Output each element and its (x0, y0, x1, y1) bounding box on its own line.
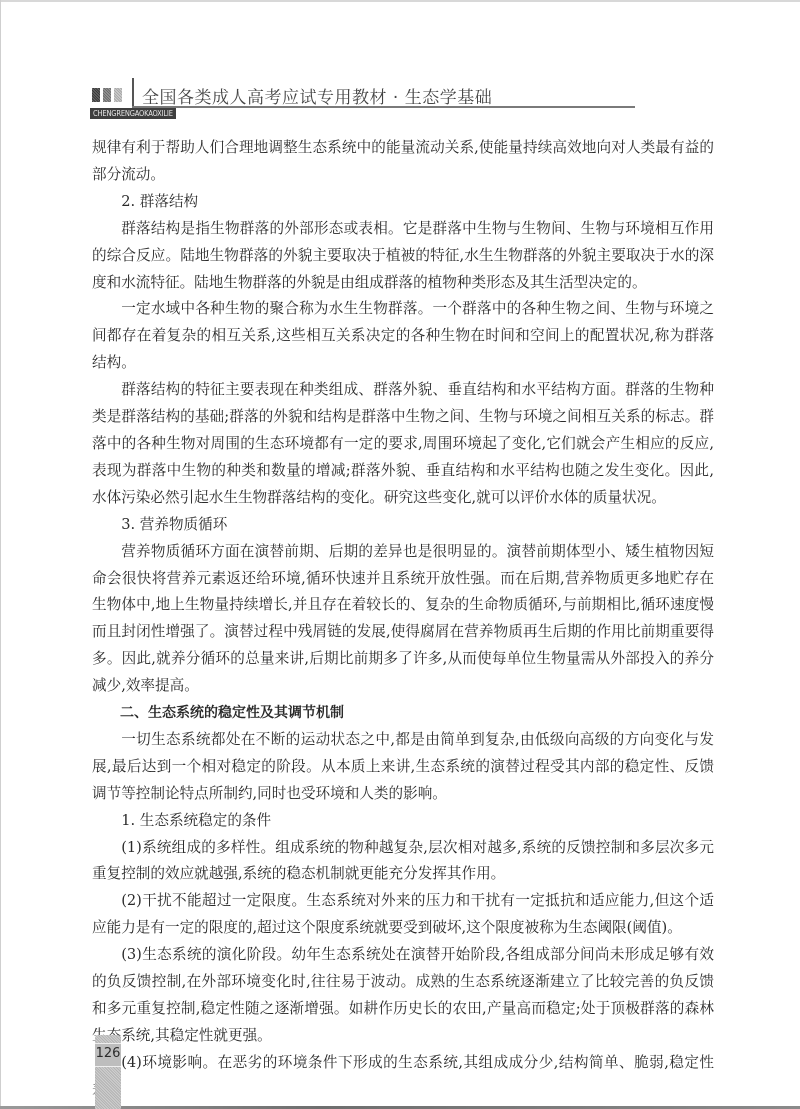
book-title: 全国各类成人高考应试专用教材 · 生态学基础 (142, 83, 492, 108)
page-edge-top (0, 0, 800, 2)
paragraph: 一定水域中各种生物的聚合称为水生生物群落。一个群落中的各种生物之间、生物与环境之… (92, 296, 714, 377)
list-item-evolution-stage: (3)生态系统的演化阶段。幼年生态系统处在演替开始阶段,各组成部分间尚未形成足够… (92, 942, 714, 1050)
list-item-disturbance-limit: (2)干扰不能超过一定限度。生态系统对外来的压力和干扰有一定抵抗和适应能力,但这… (92, 888, 714, 942)
page-number: 126 (95, 1044, 121, 1064)
page-edge-left (0, 0, 1, 1109)
page-number-tab: 126 (95, 1035, 121, 1109)
header-divider (132, 78, 134, 108)
stripe-blocks-icon (92, 88, 122, 102)
paragraph-continued: 规律有利于帮助人们合理地调整生态系统中的能量流动关系,使能量持续高效地向对人类最… (92, 135, 714, 189)
subheading-stability-conditions: 1. 生态系统稳定的条件 (92, 808, 714, 835)
paragraph: 群落结构的特征主要表现在种类组成、群落外貌、垂直结构和水平结构方面。群落的生物种… (92, 377, 714, 512)
series-tag: CHENGRENGAOKAOXILIE (90, 108, 176, 119)
list-item-diversity: (1)系统组成的多样性。组成系统的物种越复杂,层次相对越多,系统的反馈控制和多层… (92, 835, 714, 889)
paragraph: 营养物质循环方面在演替前期、后期的差异也是很明显的。演替前期体型小、矮生植物因短… (92, 539, 714, 700)
running-header: 全国各类成人高考应试专用教材 · 生态学基础 CHENGRENGAOKAOXIL… (90, 78, 635, 118)
page-body: 规律有利于帮助人们合理地调整生态系统中的能量流动关系,使能量持续高效地向对人类最… (92, 135, 714, 1104)
header-rule (132, 106, 635, 108)
subheading-community-structure: 2. 群落结构 (92, 189, 714, 216)
paragraph: 群落结构是指生物群落的外部形态或表相。它是群落中生物与生物间、生物与环境相互作用… (92, 216, 714, 297)
list-item-environment: (4)环境影响。在恶劣的环境条件下形成的生态系统,其组成成分少,结构简单、脆弱,… (92, 1050, 714, 1104)
subheading-nutrient-cycling: 3. 营养物质循环 (92, 512, 714, 539)
section-heading-stability: 二、生态系统的稳定性及其调节机制 (92, 700, 714, 727)
paragraph: 一切生态系统都处在不断的运动状态之中,都是由简单到复杂,由低级向高级的方向变化与… (92, 727, 714, 808)
